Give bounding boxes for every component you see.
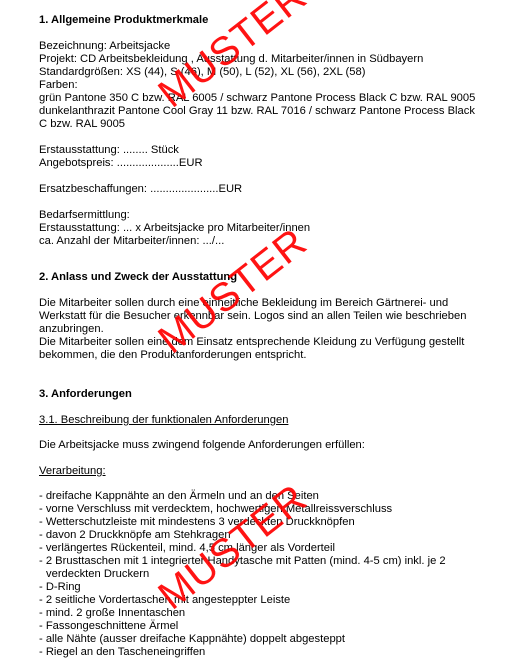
erstausstattung-line: Erstausstattung: ........ Stück <box>39 144 179 157</box>
requirement-item: - dreifache Kappnähte an den Ärmeln und … <box>39 490 319 503</box>
requirement-item: - Fassongeschnittene Ärmel <box>39 620 178 633</box>
groessen-line: Standardgrößen: XS (44), S (46), M (50),… <box>39 66 365 79</box>
requirement-item: - D-Ring <box>39 581 81 594</box>
bedarfsermittlung-label: Bedarfsermittlung: <box>39 209 130 222</box>
requirement-item: - 2 seitliche Vordertaschen mit angestep… <box>39 594 290 607</box>
anforderungen-intro: Die Arbeitsjacke muss zwingend folgende … <box>39 439 365 452</box>
section-2-heading: 2. Anlass und Zweck der Ausstattung <box>39 271 237 284</box>
farbe-anthrazit-line: dunkelanthrazit Pantone Cool Gray 11 bzw… <box>39 105 475 118</box>
verarbeitung-label: Verarbeitung: <box>39 465 106 478</box>
anlass-line: bekommen, die den Produktanforderungen e… <box>39 349 306 362</box>
requirement-item: - vorne Verschluss mit verdecktem, hochw… <box>39 503 392 516</box>
angebotspreis-line: Angebotspreis: ....................EUR <box>39 157 203 170</box>
requirement-item: - davon 2 Druckknöpfe am Stehkragen <box>39 529 231 542</box>
requirement-item: - Riegel an den Tascheneingriffen <box>39 646 205 659</box>
bedarf-anzahl-line: ca. Anzahl der Mitarbeiter/innen: .../..… <box>39 235 224 248</box>
section-3-heading: 3. Anforderungen <box>39 388 132 401</box>
anlass-line: Die Mitarbeiter sollen eine dem Einsatz … <box>39 336 464 349</box>
farbe-anthrazit-line-cont: C bzw. RAL 9005 <box>39 118 125 131</box>
requirement-item-cont: verdeckten Druckern <box>46 568 149 581</box>
farbe-gruen-line: grün Pantone 350 C bzw. RAL 6005 / schwa… <box>39 92 475 105</box>
section-3-1-subheading: 3.1. Beschreibung der funktionalen Anfor… <box>39 414 288 427</box>
ersatzbeschaffungen-line: Ersatzbeschaffungen: ...................… <box>39 183 242 196</box>
projekt-line: Projekt: CD Arbeitsbekleidung , Ausstatt… <box>39 53 423 66</box>
section-1-heading: 1. Allgemeine Produktmerkmale <box>39 14 208 27</box>
anlass-line: Werkstatt für die Besucher erkennbar sei… <box>39 310 466 323</box>
bezeichnung-line: Bezeichnung: Arbeitsjacke <box>39 40 170 53</box>
requirement-item: - mind. 2 große Innentaschen <box>39 607 185 620</box>
bedarf-erstausstattung-line: Erstausstattung: ... x Arbeitsjacke pro … <box>39 222 310 235</box>
requirement-item: - Wetterschutzleiste mit mindestens 3 ve… <box>39 516 355 529</box>
requirement-item: - alle Nähte (ausser dreifache Kappnähte… <box>39 633 345 646</box>
farben-label: Farben: <box>39 79 78 92</box>
anlass-line: anzubringen. <box>39 323 104 336</box>
anlass-line: Die Mitarbeiter sollen durch eine einhei… <box>39 297 448 310</box>
requirement-item: - verlängertes Rückenteil, mind. 4,5 cm … <box>39 542 335 555</box>
requirement-item: - 2 Brusttaschen mit 1 integrierter Hand… <box>39 555 446 568</box>
